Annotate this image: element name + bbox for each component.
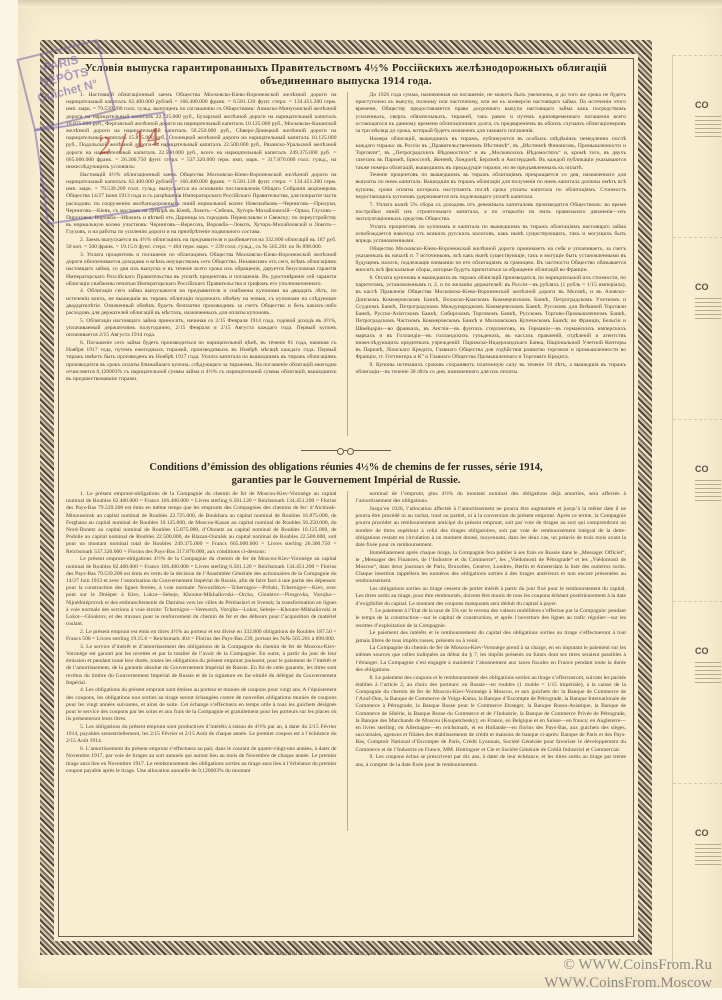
french-column-right: nominal de l’emprunt, plus 4½% du montan… bbox=[347, 491, 627, 831]
coupon-label: CO bbox=[695, 464, 722, 474]
coupon-text-lines bbox=[695, 116, 721, 138]
paragraph: Номера облигацій, вышедшихъ въ тиражъ, п… bbox=[356, 136, 627, 172]
paragraph: Le présent emprunt-obligations 4½% de la… bbox=[66, 556, 337, 628]
paragraph: 3. Le service d’intérêt et d’amortisseme… bbox=[66, 644, 337, 687]
coupon: CO bbox=[673, 55, 722, 237]
paragraph: 3. Уплата процентовъ и погашеніе по обли… bbox=[66, 252, 337, 288]
paragraph: Jusqu’en 1926, l’allocation affectée à l… bbox=[356, 506, 627, 549]
coupon: CO bbox=[673, 783, 722, 965]
paragraph: 9. Les coupons échus se prescrivent par … bbox=[356, 754, 627, 768]
coupon-label: CO bbox=[695, 828, 722, 838]
paragraph: 4. Облигаціи сего займа выпускаются на п… bbox=[66, 288, 337, 317]
paragraph: Le paiement des intérêts et le rembourse… bbox=[356, 630, 627, 644]
coupon: CO bbox=[673, 237, 722, 419]
coupon-strip: COCOCOCOCO bbox=[672, 55, 722, 965]
coupon-label: CO bbox=[695, 282, 722, 292]
paragraph: Immédiatement après chaque tirage, la Co… bbox=[356, 550, 627, 586]
paragraph: 8. Оплата купоновъ и вышедшихъ въ тиражъ… bbox=[356, 275, 627, 361]
russian-title-line2: объединеннаго выпуска 1914 года. bbox=[66, 75, 626, 88]
paragraph: 6. L’amortissement du présent emprunt s’… bbox=[66, 746, 337, 775]
coupon: CO bbox=[673, 419, 722, 601]
coupon-label: CO bbox=[695, 646, 722, 656]
french-title-line1: Conditions d’émission des obligations ré… bbox=[66, 461, 626, 474]
russian-title-line1: Условія выпуска гарантированныхъ Правите… bbox=[66, 62, 626, 75]
watermark-line1: © WWW.CoinsFrom.Ru bbox=[544, 956, 712, 974]
coupon-text-lines bbox=[695, 662, 721, 684]
coupon-text-lines bbox=[695, 480, 721, 502]
paragraph: 5. Облигаціи настоящаго займа приносятъ,… bbox=[66, 318, 337, 340]
french-column-left: 1. Le présent emprunt-obligations de la … bbox=[66, 491, 337, 831]
section-divider bbox=[301, 450, 391, 451]
paragraph: 4. Les obligations du présent emprunt so… bbox=[66, 687, 337, 723]
coupon-text-lines bbox=[695, 844, 721, 866]
paragraph: 7. Le paiement à l’Etat de la taxe de 5%… bbox=[356, 608, 627, 630]
watermark-line2: WWW.CoinsFrom.Moscow bbox=[544, 974, 712, 992]
paragraph: 7. Уплата казнѣ 5% сбора съ доходовъ отъ… bbox=[356, 202, 627, 224]
french-title: Conditions d’émission des obligations ré… bbox=[66, 461, 626, 487]
paragraph: Уплата процентовъ по купонамъ и капитала… bbox=[356, 224, 627, 246]
french-conditions: 1. Le présent emprunt-obligations de la … bbox=[66, 491, 626, 831]
paragraph: La Compagnie du chemin de fer de Moscou-… bbox=[356, 645, 627, 674]
paragraph: 5. Les obligations du présent emprunt so… bbox=[66, 724, 337, 746]
paragraph: 9. Купоны истекшихъ сроковъ сохраняютъ п… bbox=[356, 362, 627, 376]
paragraph: Теченіе процентовъ по вышедшимъ въ тираж… bbox=[356, 172, 627, 201]
coupon-text-lines bbox=[695, 298, 721, 320]
site-watermark: © WWW.CoinsFrom.Ru WWW.CoinsFrom.Moscow bbox=[544, 956, 712, 992]
french-title-line2: garanties par le Gouvernement Impérial d… bbox=[66, 474, 626, 487]
paragraph: 1. Le présent emprunt-obligations de la … bbox=[66, 491, 337, 556]
coupon: CO bbox=[673, 601, 722, 783]
paragraph: До 1926 года сумма, назначенная на погаш… bbox=[356, 92, 627, 135]
paragraph: Les obligations sorties au tirage cessen… bbox=[356, 586, 627, 608]
paragraph: nominal de l’emprunt, plus 4½% du montan… bbox=[356, 491, 627, 505]
russian-title: Условія выпуска гарантированныхъ Правите… bbox=[66, 62, 626, 88]
paragraph: Общество Московско-Кіево-Воронежской жел… bbox=[356, 246, 627, 275]
russian-column-right: До 1926 года сумма, назначенная на погаш… bbox=[347, 92, 627, 436]
coupon-label: CO bbox=[695, 100, 722, 110]
paragraph: 2. Заемъ выпускается въ 4½% облигаціяхъ … bbox=[66, 237, 337, 251]
paragraph: 8. Le paiement des coupons et le rembour… bbox=[356, 675, 627, 754]
paragraph: 6. Погашеніе сего займа будетъ производи… bbox=[66, 340, 337, 383]
paragraph: 2. Le présent emprunt est émis en titres… bbox=[66, 629, 337, 643]
